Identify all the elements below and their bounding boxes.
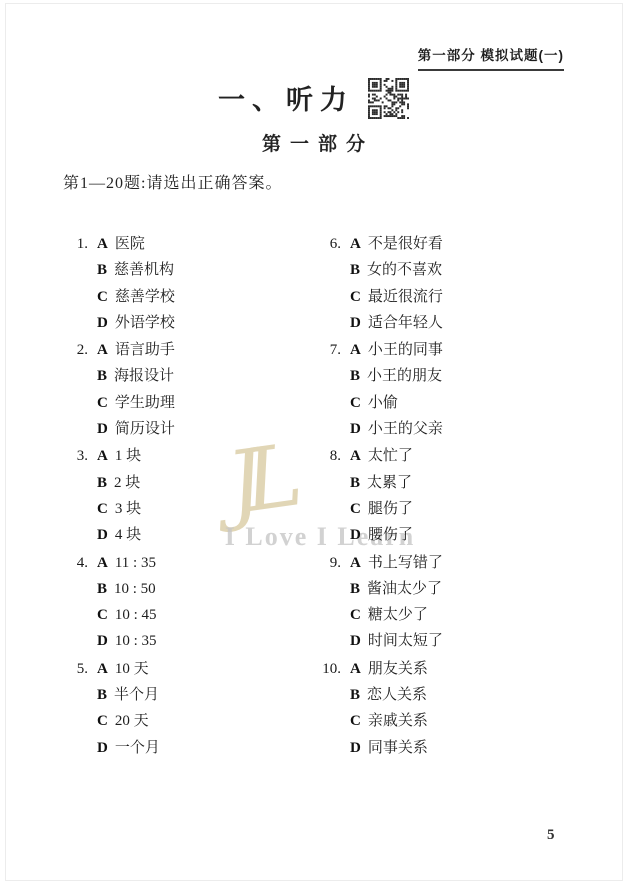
option-text: 太忙了 [368,448,413,464]
option-text: 书上写错了 [368,555,443,571]
option-row: B太累了 [313,470,568,496]
option-letter: B [97,475,107,491]
option-letter: D [350,527,361,543]
option-row: B半个月 [60,682,315,708]
question-number: 10. [313,656,341,682]
option-letter: A [350,555,361,571]
option-letter: B [97,581,107,597]
option-text: 女的不喜欢 [367,262,442,278]
question-block: 4.A11 : 35B10 : 50C10 : 45D10 : 35 [60,550,315,655]
option-text: 不是很好看 [368,236,443,252]
option-text: 糖太少了 [368,607,428,623]
option-row: B小王的朋友 [313,363,568,389]
option-letter: D [350,421,361,437]
option-letter: B [350,262,360,278]
question-block: 8.A太忙了B太累了C腿伤了D腰伤了 [313,443,568,548]
option-text: 10 : 50 [114,581,156,597]
option-letter: B [350,581,360,597]
option-row: C糖太少了 [313,602,568,628]
option-text: 语言助手 [115,342,175,358]
option-row: 9.A书上写错了 [313,550,568,576]
option-letter: B [97,368,107,384]
option-letter: A [350,448,361,464]
option-row: 10.A朋友关系 [313,656,568,682]
option-text: 小王的父亲 [368,421,443,437]
option-text: 腿伤了 [368,501,413,517]
option-row: C10 : 45 [60,602,315,628]
option-letter: A [350,661,361,677]
question-number: 5. [60,656,88,682]
option-text: 太累了 [367,475,412,491]
option-text: 同事关系 [368,740,428,756]
option-row: 5.A10 天 [60,656,315,682]
title-row: 一、听力 [0,76,627,119]
option-text: 亲戚关系 [368,713,428,729]
option-row: C3 块 [60,496,315,522]
option-letter: C [97,713,108,729]
option-row: 2.A语言助手 [60,337,315,363]
option-text: 一个月 [115,740,160,756]
option-row: D简历设计 [60,416,315,442]
option-letter: D [97,740,108,756]
page-number: 5 [547,827,555,844]
option-row: B10 : 50 [60,576,315,602]
question-block: 2.A语言助手B海报设计C学生助理D简历设计 [60,337,315,442]
option-letter: B [350,475,360,491]
option-letter: C [97,607,108,623]
option-row: 8.A太忙了 [313,443,568,469]
option-text: 海报设计 [114,368,174,384]
question-block: 9.A书上写错了B酱油太少了C糖太少了D时间太短了 [313,550,568,655]
option-row: B2 块 [60,470,315,496]
question-number: 4. [60,550,88,576]
option-letter: B [97,262,107,278]
option-row: D小王的父亲 [313,416,568,442]
option-row: D同事关系 [313,735,568,761]
option-letter: D [350,740,361,756]
option-row: B恋人关系 [313,682,568,708]
option-text: 时间太短了 [368,633,443,649]
question-block: 10.A朋友关系B恋人关系C亲戚关系D同事关系 [313,656,568,761]
question-number: 8. [313,443,341,469]
question-number: 9. [313,550,341,576]
option-row: C亲戚关系 [313,708,568,734]
option-row: 4.A11 : 35 [60,550,315,576]
option-row: D一个月 [60,735,315,761]
option-text: 2 块 [114,475,140,491]
option-letter: D [97,421,108,437]
option-letter: A [97,448,108,464]
option-letter: C [350,289,361,305]
option-text: 适合年轻人 [368,315,443,331]
option-text: 4 块 [115,527,141,543]
option-row: C小偷 [313,390,568,416]
option-row: B海报设计 [60,363,315,389]
option-text: 简历设计 [115,421,175,437]
running-header: 第一部分 模拟试题(一) [418,44,564,71]
option-letter: B [97,687,107,703]
option-text: 20 天 [115,713,149,729]
option-letter: A [97,661,108,677]
option-text: 10 天 [115,661,149,677]
option-text: 慈善机构 [114,262,174,278]
option-row: B慈善机构 [60,257,315,283]
option-letter: C [350,395,361,411]
option-letter: A [350,342,361,358]
option-letter: A [97,236,108,252]
page-title: 一、听力 [218,78,354,117]
option-text: 11 : 35 [115,555,156,571]
instruction-text: 第1—20题:请选出正确答案。 [63,170,282,193]
option-row: B酱油太少了 [313,576,568,602]
test-paper-page: 第一部分 模拟试题(一) 一、听力 第一部分 第1—20题:请选出正确答案。 J… [0,0,627,885]
option-text: 小王的同事 [368,342,443,358]
qr-code-icon [368,78,409,119]
option-letter: C [97,289,108,305]
option-row: C最近很流行 [313,284,568,310]
option-row: 3.A1 块 [60,443,315,469]
option-text: 1 块 [115,448,141,464]
option-letter: D [97,527,108,543]
option-text: 恋人关系 [367,687,427,703]
option-text: 腰伤了 [368,527,413,543]
option-row: D10 : 35 [60,628,315,654]
option-row: D外语学校 [60,310,315,336]
question-block: 7.A小王的同事B小王的朋友C小偷D小王的父亲 [313,337,568,442]
option-letter: C [97,501,108,517]
option-row: D4 块 [60,522,315,548]
option-row: 6.A不是很好看 [313,231,568,257]
option-row: 1.A医院 [60,231,315,257]
option-text: 朋友关系 [368,661,428,677]
option-row: B女的不喜欢 [313,257,568,283]
questions-column-right: 6.A不是很好看B女的不喜欢C最近很流行D适合年轻人7.A小王的同事B小王的朋友… [313,231,568,762]
option-letter: A [97,555,108,571]
option-row: 7.A小王的同事 [313,337,568,363]
option-row: C学生助理 [60,390,315,416]
option-text: 酱油太少了 [367,581,442,597]
option-text: 小王的朋友 [367,368,442,384]
question-number: 3. [60,443,88,469]
option-letter: B [350,687,360,703]
option-letter: C [97,395,108,411]
option-text: 3 块 [115,501,141,517]
option-letter: D [350,315,361,331]
option-letter: B [350,368,360,384]
option-letter: D [97,315,108,331]
option-row: D时间太短了 [313,628,568,654]
option-text: 外语学校 [115,315,175,331]
question-block: 5.A10 天B半个月C20 天D一个月 [60,656,315,761]
option-text: 医院 [115,236,145,252]
option-letter: C [350,607,361,623]
option-row: C慈善学校 [60,284,315,310]
option-row: D腰伤了 [313,522,568,548]
option-letter: A [350,236,361,252]
question-block: 1.A医院B慈善机构C慈善学校D外语学校 [60,231,315,336]
option-letter: C [350,501,361,517]
questions-column-left: 1.A医院B慈善机构C慈善学校D外语学校2.A语言助手B海报设计C学生助理D简历… [60,231,315,762]
question-number: 7. [313,337,341,363]
option-text: 慈善学校 [115,289,175,305]
section-subtitle: 第一部分 [0,129,627,156]
option-row: C腿伤了 [313,496,568,522]
option-text: 最近很流行 [368,289,443,305]
option-text: 10 : 35 [115,633,157,649]
question-block: 6.A不是很好看B女的不喜欢C最近很流行D适合年轻人 [313,231,568,336]
option-text: 半个月 [114,687,159,703]
option-letter: D [97,633,108,649]
question-number: 1. [60,231,88,257]
option-text: 学生助理 [115,395,175,411]
option-row: C20 天 [60,708,315,734]
option-letter: C [350,713,361,729]
question-number: 6. [313,231,341,257]
question-block: 3.A1 块B2 块C3 块D4 块 [60,443,315,548]
question-number: 2. [60,337,88,363]
option-letter: A [97,342,108,358]
option-letter: D [350,633,361,649]
option-text: 10 : 45 [115,607,157,623]
option-text: 小偷 [368,395,398,411]
option-row: D适合年轻人 [313,310,568,336]
